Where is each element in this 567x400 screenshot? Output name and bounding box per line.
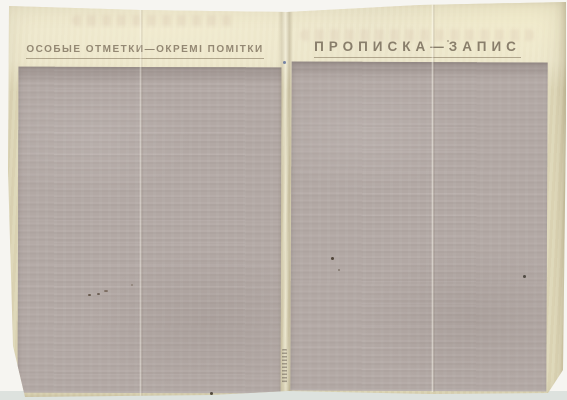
ink-speck <box>523 275 526 278</box>
left-security-field <box>18 67 282 394</box>
ink-speck <box>210 392 213 395</box>
ink-speck <box>131 284 133 286</box>
left-page-fold-crease <box>139 8 143 396</box>
scanned-document-frame: ОСОБЫЕ ОТМЕТКИ—ОКРЕМІ ПОМІТКИ ПРОПИСКА—З… <box>0 0 567 400</box>
ink-speck <box>331 257 334 260</box>
right-page-title: ПРОПИСКА—ЗАПИС <box>295 39 540 58</box>
left-page-title: ОСОБЫЕ ОТМЕТКИ—ОКРЕМІ ПОМІТКИ <box>20 44 270 59</box>
ink-speck <box>338 269 340 271</box>
right-security-field <box>290 61 547 391</box>
right-page-title-text: ПРОПИСКА—ЗАПИС <box>314 39 521 58</box>
printer-imprint-mark <box>282 349 287 383</box>
ink-speck <box>283 61 286 64</box>
ink-speck <box>447 40 449 42</box>
showthrough-ghost-left <box>72 15 237 26</box>
right-page-fold-crease <box>431 2 435 392</box>
ink-speck <box>104 290 108 292</box>
left-page-title-text: ОСОБЫЕ ОТМЕТКИ—ОКРЕМІ ПОМІТКИ <box>26 44 263 59</box>
ink-speck <box>88 294 91 296</box>
ink-speck <box>97 293 100 295</box>
passport-spread-paper: ОСОБЫЕ ОТМЕТКИ—ОКРЕМІ ПОМІТКИ ПРОПИСКА—З… <box>0 0 567 400</box>
